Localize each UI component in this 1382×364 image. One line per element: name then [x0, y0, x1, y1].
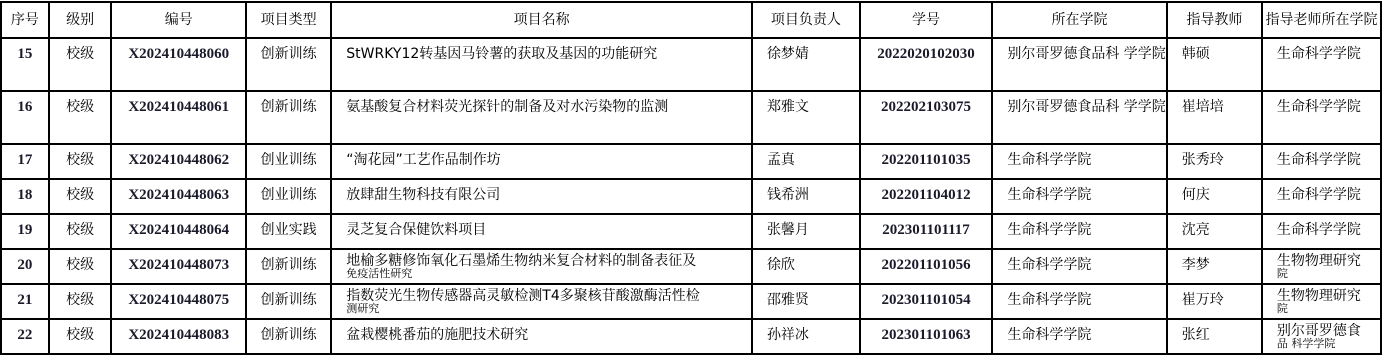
- header-advisor-college: 指导老师所在学院: [1262, 2, 1381, 38]
- header-code: 编号: [111, 2, 246, 38]
- row-level: 校级: [49, 319, 112, 354]
- row-student-id-text: 202201101035: [881, 152, 970, 168]
- row-type: 创新训练: [246, 38, 331, 91]
- row-advisor: 张红: [1167, 319, 1262, 354]
- row-type-text: 创新训练: [261, 257, 317, 273]
- row-advisor: 沈亮: [1167, 214, 1262, 249]
- row-level: 校级: [49, 38, 112, 91]
- row-advisor-college-text: 生命科学学院: [1277, 152, 1361, 168]
- row-index-text: 18: [17, 187, 32, 203]
- table-row: 17校级X202410448062创业训练“淘花园”工艺作品制作坊孟真20220…: [1, 144, 1381, 179]
- row-index: 17: [1, 144, 49, 179]
- row-type-text: 创业实践: [261, 222, 317, 238]
- row-project-name-text: 放肆甜生物科技有限公司: [346, 187, 500, 203]
- row-index-text: 15: [17, 46, 32, 62]
- row-level-text: 校级: [66, 46, 94, 62]
- row-level-text: 校级: [66, 222, 94, 238]
- row-leader-text: 孟真: [767, 152, 795, 168]
- row-type-text: 创新训练: [261, 327, 317, 343]
- row-college-text: 生命科学学院: [1007, 327, 1091, 343]
- row-project-name-text: 灵芝复合保健饮料项目: [346, 222, 486, 238]
- row-leader: 钱希洲: [752, 179, 860, 214]
- row-leader-text: 孙祥冰: [767, 327, 809, 343]
- header-college: 所在学院: [992, 2, 1166, 38]
- row-advisor-college-text: 生命科学学院: [1277, 99, 1361, 115]
- row-index: 20: [1, 249, 49, 284]
- project-table: 序号 级别 编号 项目类型 项目名称 项目负责人 学号 所在学院 指导教师 指导…: [0, 1, 1382, 355]
- row-college: 别尔哥罗德食品科 学学院: [992, 91, 1166, 144]
- row-advisor-college: 生物物理研究院: [1262, 249, 1381, 284]
- row-advisor-college-text: 生命科学学院: [1277, 187, 1361, 203]
- row-college-text: 生命科学学院: [1007, 292, 1091, 308]
- row-level: 校级: [49, 214, 112, 249]
- row-index: 15: [1, 38, 49, 91]
- row-project-name: 地榆多糖修饰氧化石墨烯生物纳米复合材料的制备表征及免疫活性研究: [331, 249, 752, 284]
- row-level-text: 校级: [66, 327, 94, 343]
- row-type-text: 创新训练: [261, 99, 317, 115]
- row-student-id-text: 202301101117: [882, 222, 970, 238]
- row-index-text: 21: [17, 292, 32, 308]
- row-level-text: 校级: [66, 152, 94, 168]
- row-college-text: 生命科学学院: [1007, 222, 1091, 238]
- row-advisor-college: 生命科学学院: [1262, 214, 1381, 249]
- row-type-text: 创新训练: [261, 46, 317, 62]
- row-student-id-text: 202301101054: [881, 292, 970, 308]
- row-advisor-college-text: 生命科学学院: [1277, 222, 1361, 238]
- table-row: 22校级X202410448083创新训练盆栽樱桃番茄的施肥技术研究孙祥冰202…: [1, 319, 1381, 354]
- row-advisor-text: 李梦: [1182, 257, 1210, 273]
- table-row: 20校级X202410448073创新训练地榆多糖修饰氧化石墨烯生物纳米复合材料…: [1, 249, 1381, 284]
- row-leader: 孙祥冰: [752, 319, 860, 354]
- row-college: 生命科学学院: [992, 179, 1166, 214]
- header-level: 级别: [49, 2, 112, 38]
- row-code: X202410448073: [111, 249, 246, 284]
- row-leader-text: 张馨月: [767, 222, 809, 238]
- row-advisor: 崔培培: [1167, 91, 1262, 144]
- row-level: 校级: [49, 284, 112, 319]
- row-student-id-text: 202301101063: [881, 327, 970, 343]
- row-advisor-text: 何庆: [1182, 187, 1210, 203]
- row-leader-text: 徐梦婧: [767, 46, 809, 62]
- row-student-id-text: 2022020102030: [877, 46, 975, 62]
- row-college: 生命科学学院: [992, 214, 1166, 249]
- row-advisor-college: 生物物理研究院: [1262, 284, 1381, 319]
- row-advisor-college-text-line2: 品 科学学院: [1277, 339, 1380, 349]
- header-row: 序号 级别 编号 项目类型 项目名称 项目负责人 学号 所在学院 指导教师 指导…: [1, 2, 1381, 38]
- row-project-name-text: 氨基酸复合材料荧光探针的制备及对水污染物的监测: [346, 99, 668, 115]
- row-index-text: 19: [17, 222, 32, 238]
- row-index: 22: [1, 319, 49, 354]
- row-college-text: 别尔哥罗德食品科 学学院: [1007, 99, 1165, 115]
- row-index-text: 17: [17, 152, 32, 168]
- row-college: 生命科学学院: [992, 144, 1166, 179]
- row-college-text: 别尔哥罗德食品科 学学院: [1007, 46, 1165, 62]
- row-level-text: 校级: [66, 99, 94, 115]
- row-advisor-college-text: 生物物理研究: [1277, 253, 1361, 269]
- row-advisor-text: 韩硕: [1182, 46, 1210, 62]
- row-leader-text: 郑雅文: [767, 99, 809, 115]
- table-row: 19校级X202410448064创业实践灵芝复合保健饮料项目张馨月202301…: [1, 214, 1381, 249]
- row-project-name-text: 指数荧光生物传感器高灵敏检测T4多聚核苷酸激酶活性检: [346, 288, 699, 304]
- row-project-name: StWRKY12转基因马铃薯的获取及基因的功能研究: [331, 38, 752, 91]
- row-code-text: X202410448063: [128, 187, 229, 203]
- row-type: 创新训练: [246, 319, 331, 354]
- row-code: X202410448083: [111, 319, 246, 354]
- row-student-id: 202301101063: [860, 319, 993, 354]
- row-college-text: 生命科学学院: [1007, 257, 1091, 273]
- row-student-id-text: 202201101056: [881, 257, 970, 273]
- row-level: 校级: [49, 249, 112, 284]
- row-student-id: 202201101035: [860, 144, 993, 179]
- row-advisor-college: 生命科学学院: [1262, 144, 1381, 179]
- row-leader: 邵雅贤: [752, 284, 860, 319]
- row-advisor: 何庆: [1167, 179, 1262, 214]
- row-student-id: 202201104012: [860, 179, 993, 214]
- row-project-name-text: 盆栽樱桃番茄的施肥技术研究: [346, 327, 528, 343]
- row-leader-text: 徐欣: [767, 257, 795, 273]
- table-row: 15校级X202410448060创新训练StWRKY12转基因马铃薯的获取及基…: [1, 38, 1381, 91]
- header-student-id: 学号: [860, 2, 993, 38]
- row-type-text: 创新训练: [261, 292, 317, 308]
- row-project-name-text-line2: 免疫活性研究: [346, 269, 751, 279]
- row-advisor-college: 生命科学学院: [1262, 91, 1381, 144]
- row-leader: 孟真: [752, 144, 860, 179]
- row-code-text: X202410448060: [128, 46, 229, 62]
- row-advisor: 张秀玲: [1167, 144, 1262, 179]
- header-leader: 项目负责人: [752, 2, 860, 38]
- row-project-name: 灵芝复合保健饮料项目: [331, 214, 752, 249]
- row-code: X202410448060: [111, 38, 246, 91]
- row-index: 19: [1, 214, 49, 249]
- row-code: X202410448062: [111, 144, 246, 179]
- row-advisor-text: 张红: [1182, 327, 1210, 343]
- row-type-text: 创业训练: [261, 152, 317, 168]
- row-index-text: 22: [17, 327, 32, 343]
- row-code-text: X202410448062: [128, 152, 229, 168]
- row-advisor-college: 生命科学学院: [1262, 38, 1381, 91]
- row-level-text: 校级: [66, 292, 94, 308]
- row-code: X202410448075: [111, 284, 246, 319]
- row-student-id: 202202103075: [860, 91, 993, 144]
- row-advisor-text: 沈亮: [1182, 222, 1210, 238]
- row-college-text: 生命科学学院: [1007, 187, 1091, 203]
- row-level-text: 校级: [66, 257, 94, 273]
- row-index-text: 20: [17, 257, 32, 273]
- row-college: 别尔哥罗德食品科 学学院: [992, 38, 1166, 91]
- row-type: 创新训练: [246, 249, 331, 284]
- row-leader: 郑雅文: [752, 91, 860, 144]
- row-advisor-college-text: 生物物理研究: [1277, 288, 1361, 304]
- row-advisor: 韩硕: [1167, 38, 1262, 91]
- row-student-id: 202301101054: [860, 284, 993, 319]
- table-row: 18校级X202410448063创业训练放肆甜生物科技有限公司钱希洲20220…: [1, 179, 1381, 214]
- row-level: 校级: [49, 91, 112, 144]
- row-project-name-text-line2: 测研究: [346, 304, 751, 314]
- row-advisor: 李梦: [1167, 249, 1262, 284]
- row-advisor-college-text-line2: 院: [1277, 304, 1380, 314]
- row-code: X202410448061: [111, 91, 246, 144]
- row-advisor-college-text: 生命科学学院: [1277, 46, 1361, 62]
- row-level: 校级: [49, 179, 112, 214]
- row-code-text: X202410448083: [128, 327, 229, 343]
- row-code: X202410448063: [111, 179, 246, 214]
- row-college: 生命科学学院: [992, 319, 1166, 354]
- header-advisor: 指导教师: [1167, 2, 1262, 38]
- row-advisor-text: 崔培培: [1182, 99, 1224, 115]
- row-project-name: 放肆甜生物科技有限公司: [331, 179, 752, 214]
- row-type: 创业训练: [246, 179, 331, 214]
- row-leader: 徐梦婧: [752, 38, 860, 91]
- row-college-text: 生命科学学院: [1007, 152, 1091, 168]
- header-type: 项目类型: [246, 2, 331, 38]
- row-index: 18: [1, 179, 49, 214]
- header-index: 序号: [1, 2, 49, 38]
- row-leader: 张馨月: [752, 214, 860, 249]
- row-leader-text: 钱希洲: [767, 187, 809, 203]
- row-student-id: 202301101117: [860, 214, 993, 249]
- row-leader-text: 邵雅贤: [767, 292, 809, 308]
- row-leader: 徐欣: [752, 249, 860, 284]
- row-advisor-college-text-line2: 院: [1277, 269, 1380, 279]
- row-type: 创业实践: [246, 214, 331, 249]
- row-type: 创新训练: [246, 284, 331, 319]
- row-index-text: 16: [17, 99, 32, 115]
- row-college: 生命科学学院: [992, 249, 1166, 284]
- row-project-name-text: StWRKY12转基因马铃薯的获取及基因的功能研究: [346, 46, 657, 62]
- row-project-name-text: “淘花园”工艺作品制作坊: [346, 152, 501, 168]
- row-advisor: 崔万玲: [1167, 284, 1262, 319]
- table-row: 16校级X202410448061创新训练氨基酸复合材料荧光探针的制备及对水污染…: [1, 91, 1381, 144]
- row-student-id: 202201101056: [860, 249, 993, 284]
- row-student-id-text: 202201104012: [881, 187, 970, 203]
- row-type: 创新训练: [246, 91, 331, 144]
- row-code-text: X202410448064: [128, 222, 229, 238]
- row-type: 创业训练: [246, 144, 331, 179]
- row-advisor-college: 生命科学学院: [1262, 179, 1381, 214]
- row-index: 21: [1, 284, 49, 319]
- row-code-text: X202410448073: [128, 257, 229, 273]
- row-project-name: 盆栽樱桃番茄的施肥技术研究: [331, 319, 752, 354]
- row-code-text: X202410448075: [128, 292, 229, 308]
- row-college: 生命科学学院: [992, 284, 1166, 319]
- row-advisor-text: 张秀玲: [1182, 152, 1224, 168]
- row-code-text: X202410448061: [128, 99, 229, 115]
- row-index: 16: [1, 91, 49, 144]
- row-project-name: 指数荧光生物传感器高灵敏检测T4多聚核苷酸激酶活性检测研究: [331, 284, 752, 319]
- row-student-id-text: 202202103075: [881, 99, 971, 115]
- table-row: 21校级X202410448075创新训练指数荧光生物传感器高灵敏检测T4多聚核…: [1, 284, 1381, 319]
- row-student-id: 2022020102030: [860, 38, 993, 91]
- row-project-name: 氨基酸复合材料荧光探针的制备及对水污染物的监测: [331, 91, 752, 144]
- row-advisor-college: 别尔哥罗德食品 科学学院: [1262, 319, 1381, 354]
- row-code: X202410448064: [111, 214, 246, 249]
- header-name: 项目名称: [331, 2, 752, 38]
- row-project-name: “淘花园”工艺作品制作坊: [331, 144, 752, 179]
- row-level: 校级: [49, 144, 112, 179]
- row-type-text: 创业训练: [261, 187, 317, 203]
- row-level-text: 校级: [66, 187, 94, 203]
- row-advisor-text: 崔万玲: [1182, 292, 1224, 308]
